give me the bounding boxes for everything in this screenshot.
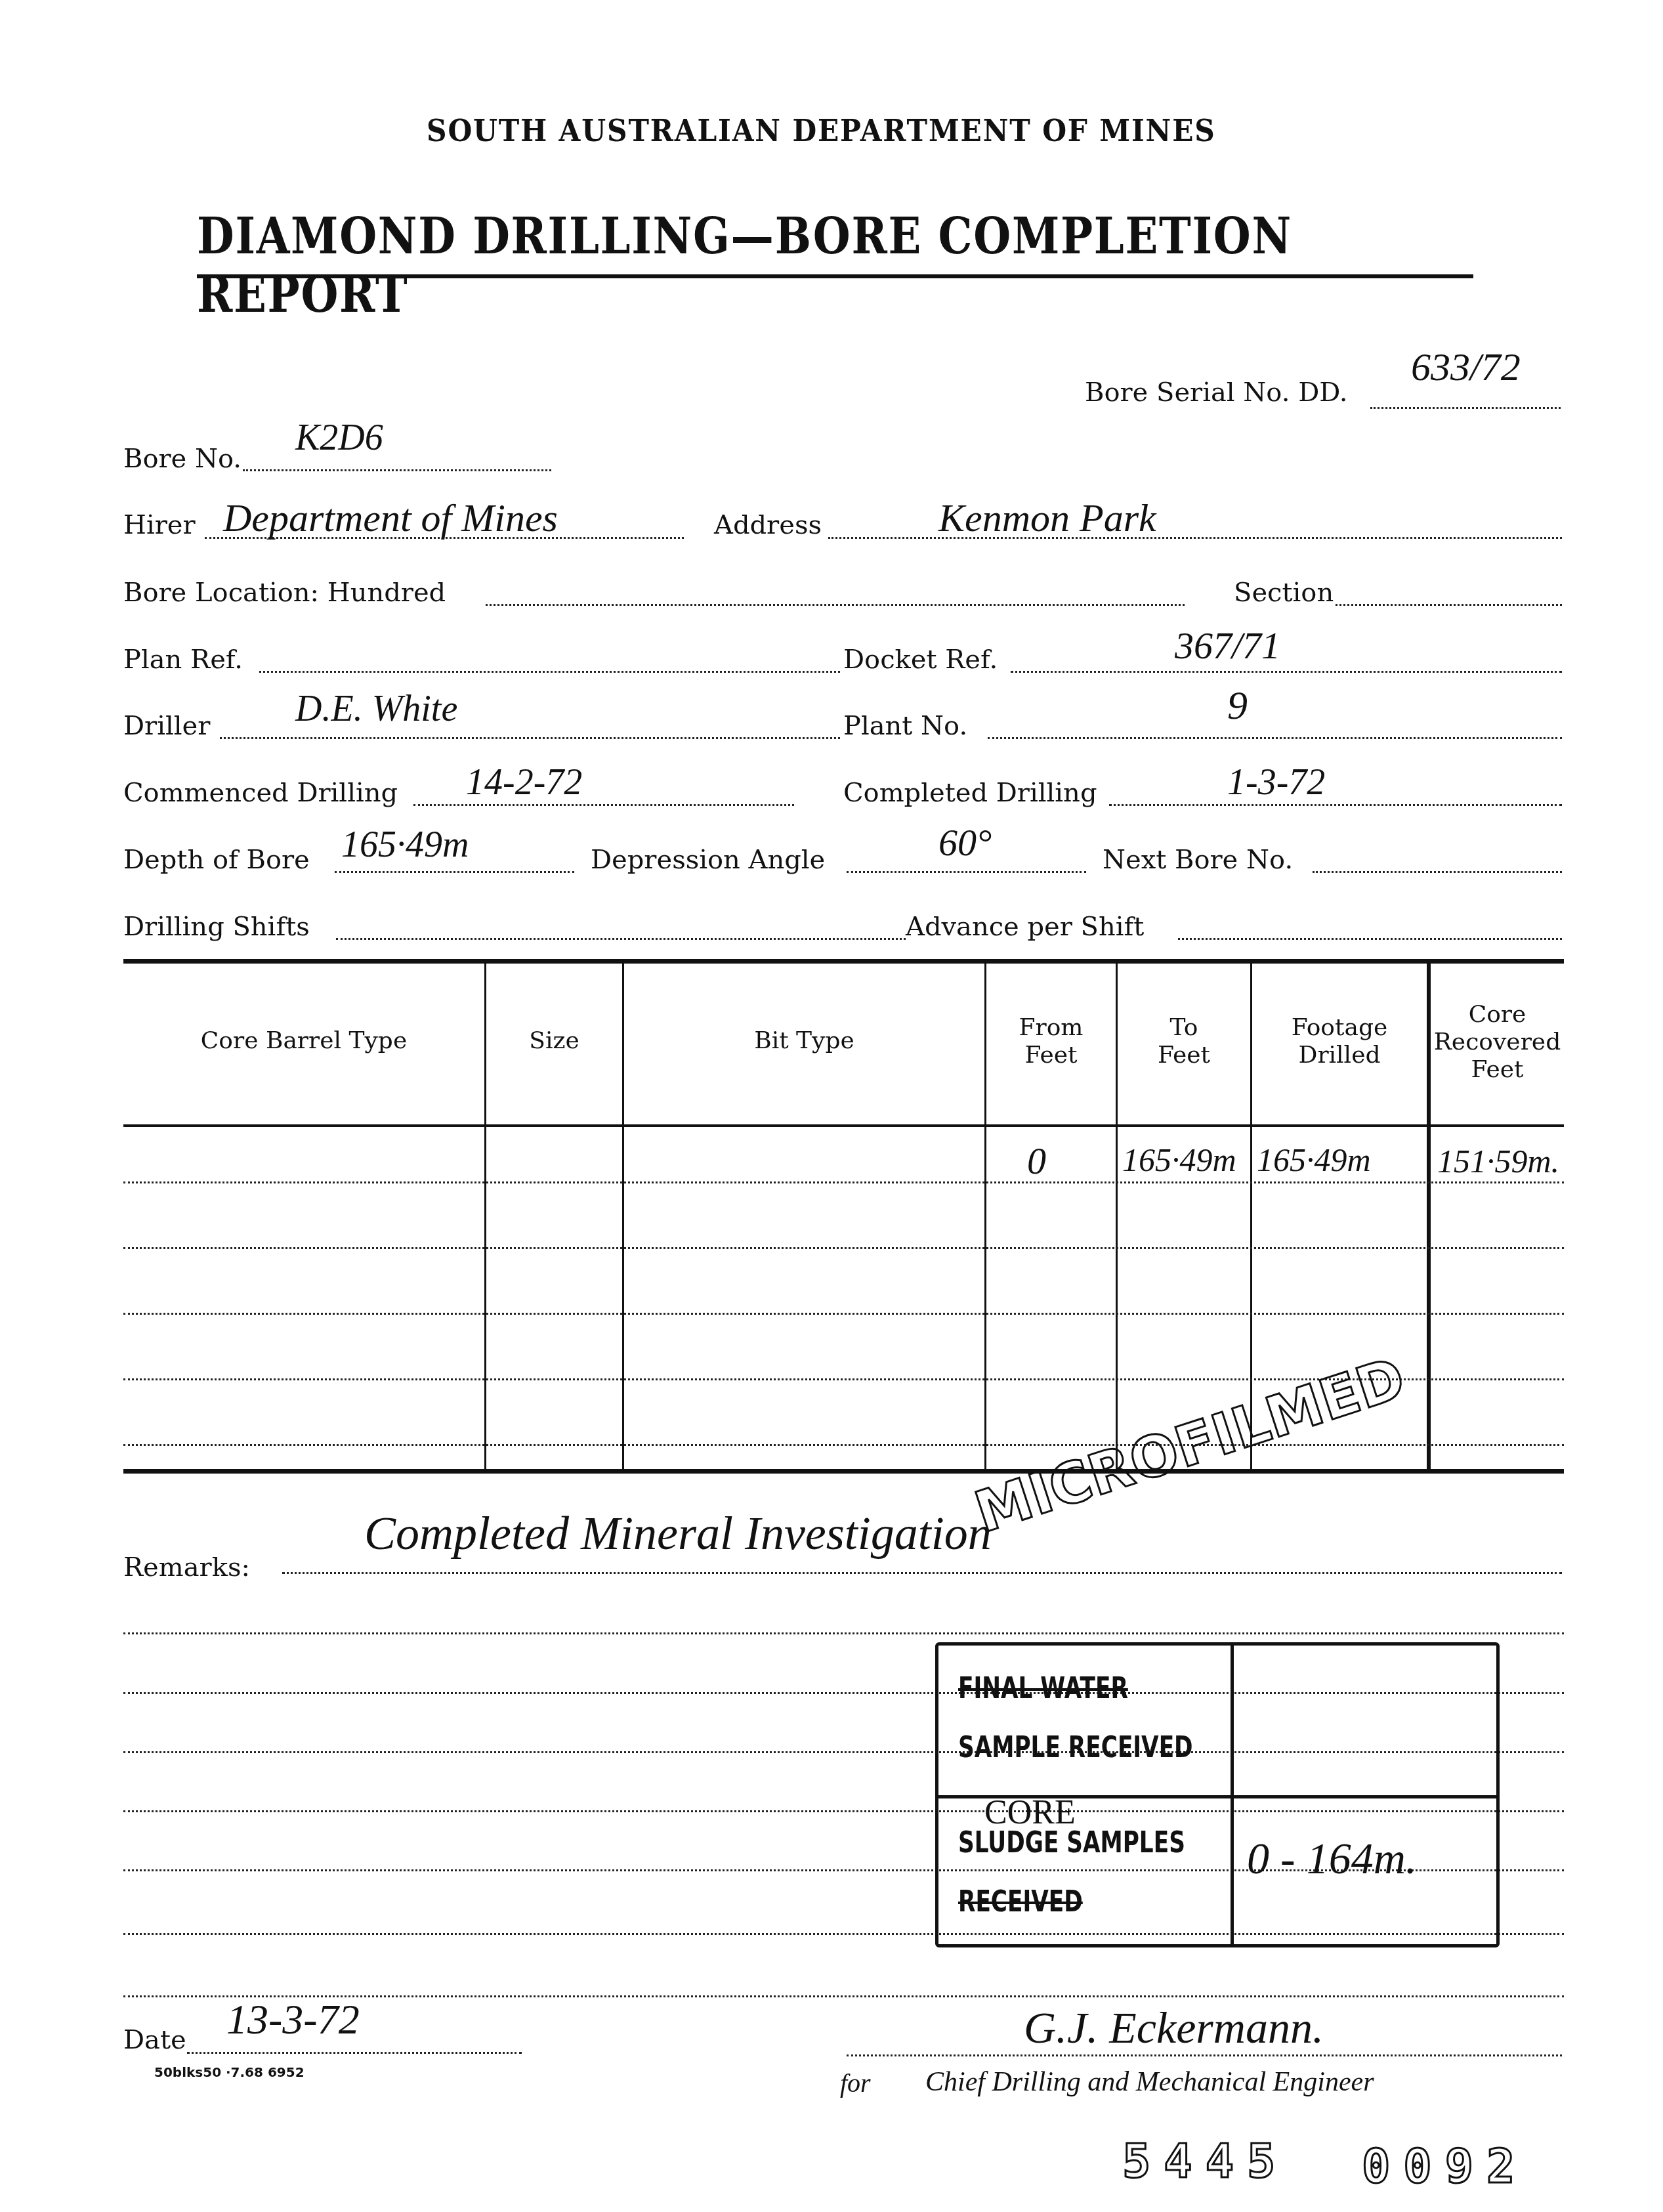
depth-label: Depth of Bore — [123, 845, 310, 875]
driller-label: Driller — [123, 711, 210, 741]
header-line: Core — [1431, 1001, 1564, 1029]
col-header-bit-type: Bit Type — [624, 1027, 984, 1055]
report-title: DIAMOND DRILLING—BORE COMPLETION REPORT — [197, 207, 1458, 324]
signatory-prefix: for — [840, 2068, 871, 2098]
title-underline — [197, 274, 1473, 278]
table-bottom-rule — [123, 1469, 1564, 1474]
plan-ref-label: Plan Ref. — [123, 645, 243, 675]
department-heading: SOUTH AUSTRALIAN DEPARTMENT OF MINES — [427, 113, 1216, 148]
col-header-from-feet: From Feet — [986, 1014, 1116, 1069]
final-water-label: FINAL WATER — [958, 1672, 1128, 1705]
sample-received-label: SAMPLE RECEIVED — [958, 1731, 1193, 1764]
col-header-size: Size — [486, 1027, 622, 1055]
cell-to-feet[interactable]: 165·49m — [1122, 1141, 1236, 1179]
signature: G.J. Eckermann. — [1024, 2002, 1324, 2054]
header-line: Feet — [986, 1042, 1116, 1069]
completed-label: Completed Drilling — [843, 778, 1097, 808]
commenced-value[interactable]: 14-2-72 — [466, 761, 582, 803]
col-header-core-recovered-feet: Core Recovered Feet — [1431, 1001, 1564, 1084]
bore-serial-label: Bore Serial No. DD. — [1085, 377, 1348, 408]
document-number-left: 5445 — [1122, 2133, 1288, 2188]
plant-no-line — [988, 737, 1562, 739]
driller-line — [220, 737, 840, 739]
sludge-samples-label: SLUDGE SAMPLES — [958, 1826, 1185, 1860]
drilling-shifts-line — [336, 938, 906, 940]
section-label: Section — [1234, 578, 1334, 608]
drilling-shifts-label: Drilling Shifts — [123, 912, 310, 942]
header-line: Feet — [1118, 1042, 1250, 1069]
row-line — [123, 1313, 1564, 1315]
remarks-line — [123, 1632, 1564, 1634]
docket-ref-label: Docket Ref. — [843, 645, 998, 675]
hundred-label: Bore Location: Hundred — [123, 578, 446, 608]
remarks-label: Remarks: — [123, 1552, 250, 1583]
plant-no-value[interactable]: 9 — [1227, 683, 1248, 729]
plan-ref-line — [259, 671, 840, 673]
hirer-value[interactable]: Department of Mines — [223, 496, 558, 541]
completed-value[interactable]: 1-3-72 — [1227, 761, 1325, 803]
table-top-rule — [123, 959, 1564, 964]
completed-line — [1109, 804, 1562, 806]
signature-line — [847, 2054, 1562, 2056]
docket-ref-value[interactable]: 367/71 — [1175, 624, 1280, 668]
samples-received-label: RECEIVED — [958, 1885, 1083, 1919]
docket-ref-line — [1011, 671, 1562, 673]
advance-per-shift-label: Advance per Shift — [906, 912, 1144, 942]
next-bore-label: Next Bore No. — [1103, 845, 1293, 875]
row-line — [123, 1444, 1564, 1446]
address-value[interactable]: Kenmon Park — [938, 496, 1156, 541]
plant-no-label: Plant No. — [843, 711, 967, 741]
header-line: Recovered — [1431, 1029, 1564, 1056]
date-label: Date — [123, 2025, 186, 2055]
document-number-right: 0092 — [1362, 2138, 1528, 2194]
cell-footage-drilled[interactable]: 165·49m — [1257, 1141, 1371, 1179]
hirer-label: Hirer — [123, 510, 196, 540]
col-header-footage-drilled: Footage Drilled — [1252, 1014, 1427, 1069]
header-line: From — [986, 1014, 1116, 1042]
section-line — [1336, 604, 1562, 606]
driller-value[interactable]: D.E. White — [295, 688, 457, 730]
cell-core-recovered[interactable]: 151·59m. — [1437, 1142, 1559, 1180]
bore-serial-line — [1370, 407, 1561, 409]
print-code: 50blks50 ·7.68 6952 — [154, 2064, 305, 2080]
depression-angle-label: Depression Angle — [591, 845, 825, 875]
depth-value[interactable]: 165·49m — [341, 824, 469, 866]
row-line — [123, 1181, 1564, 1183]
samples-received-stamp: FINAL WATER SAMPLE RECEIVED CORE SLUDGE … — [935, 1642, 1500, 1947]
header-line: Footage — [1252, 1014, 1427, 1042]
date-value[interactable]: 13-3-72 — [226, 1995, 360, 2044]
remarks-value[interactable]: Completed Mineral Investigation — [364, 1506, 992, 1561]
commenced-label: Commenced Drilling — [123, 778, 398, 808]
header-line: Drilled — [1252, 1042, 1427, 1069]
core-samples-value[interactable]: 0 - 164m. — [1247, 1833, 1417, 1884]
next-bore-line — [1313, 871, 1562, 873]
col-header-core-barrel-type: Core Barrel Type — [123, 1027, 484, 1055]
signatory-title: Chief Drilling and Mechanical Engineer — [925, 2066, 1374, 2098]
address-label: Address — [714, 510, 822, 540]
bore-no-label: Bore No. — [123, 444, 242, 474]
depression-angle-value[interactable]: 60° — [938, 820, 992, 864]
bore-serial-value[interactable]: 633/72 — [1411, 345, 1521, 390]
cell-from-feet[interactable]: 0 — [1027, 1139, 1046, 1183]
advance-per-shift-line — [1178, 938, 1562, 940]
depression-angle-line — [847, 871, 1086, 873]
header-rule — [123, 1124, 1564, 1127]
header-line: Feet — [1431, 1056, 1564, 1084]
date-line — [187, 2052, 522, 2054]
hundred-line — [486, 604, 1185, 606]
depth-line — [335, 871, 574, 873]
col-header-to-feet: To Feet — [1118, 1014, 1250, 1069]
commenced-line — [413, 804, 794, 806]
header-line: To — [1118, 1014, 1250, 1042]
bore-no-line — [243, 469, 551, 471]
remarks-line — [282, 1572, 1562, 1574]
row-line — [123, 1247, 1564, 1249]
bore-no-value[interactable]: K2D6 — [295, 417, 383, 459]
